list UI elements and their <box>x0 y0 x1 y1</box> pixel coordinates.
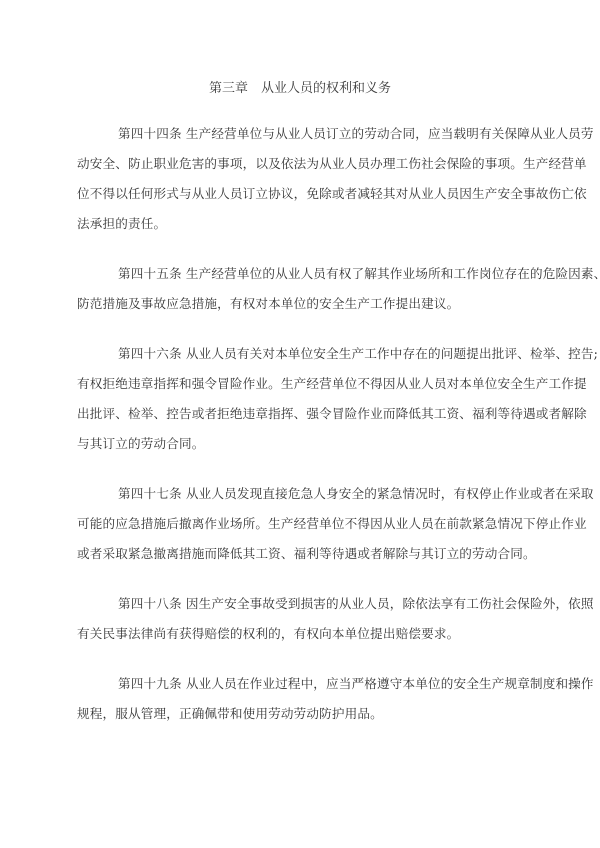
article-line: 出批评、检举、控告或者拒绝违章指挥、强令冒险作业而降低其工资、福利等待遇或者解除 <box>77 406 587 422</box>
article-line: 有权拒绝违章指挥和强令冒险作业。生产经营单位不得因从业人员对本单位安全生产工作提 <box>77 376 587 392</box>
article-line: 第四十七条 从业人员发现直接危急人身安全的紧急情况时，有权停止作业或者在采取 <box>118 486 594 502</box>
article-line: 位不得以任何形式与从业人员订立协议，免除或者减轻其对从业人员因生产安全事故伤亡依 <box>77 186 587 202</box>
article-line: 第四十四条 生产经营单位与从业人员订立的劳动合同，应当载明有关保障从业人员劳 <box>118 126 594 142</box>
article-line: 有关民事法律尚有获得赔偿的权利的，有权向本单位提出赔偿要求。 <box>77 626 459 642</box>
article-line: 与其订立的劳动合同。 <box>77 436 204 452</box>
document-page: 第三章 从业人员的权利和义务 第四十四条 生产经营单位与从业人员订立的劳动合同，… <box>0 0 600 848</box>
article-line: 规程，服从管理，正确佩带和使用劳动劳动防护用品。 <box>77 706 383 722</box>
article-line: 第四十八条 因生产安全事故受到损害的从业人员，除依法享有工伤社会保险外，依照 <box>118 596 594 612</box>
article-line: 或者采取紧急撤离措施而降低其工资、福利等待遇或者解除与其订立的劳动合同。 <box>77 546 536 562</box>
article-line: 第四十九条 从业人员在作业过程中，应当严格遵守本单位的安全生产规章制度和操作 <box>118 676 594 692</box>
article-line: 第四十五条 生产经营单位的从业人员有权了解其作业场所和工作岗位存在的危险因素、 <box>118 266 600 282</box>
article-line: 第四十六条 从业人员有关对本单位安全生产工作中存在的问题提出批评、检举、控告; <box>118 346 598 362</box>
article-line: 动安全、防止职业危害的事项，以及依法为从业人员办理工伤社会保险的事项。生产经营单 <box>77 156 587 172</box>
chapter-title: 第三章 从业人员的权利和义务 <box>0 81 600 97</box>
article-line: 可能的应急措施后撤离作业场所。生产经营单位不得因从业人员在前款紧急情况下停止作业 <box>77 516 587 532</box>
article-line: 法承担的责任。 <box>77 216 166 232</box>
article-line: 防范措施及事故应急措施，有权对本单位的安全生产工作提出建议。 <box>77 296 459 312</box>
